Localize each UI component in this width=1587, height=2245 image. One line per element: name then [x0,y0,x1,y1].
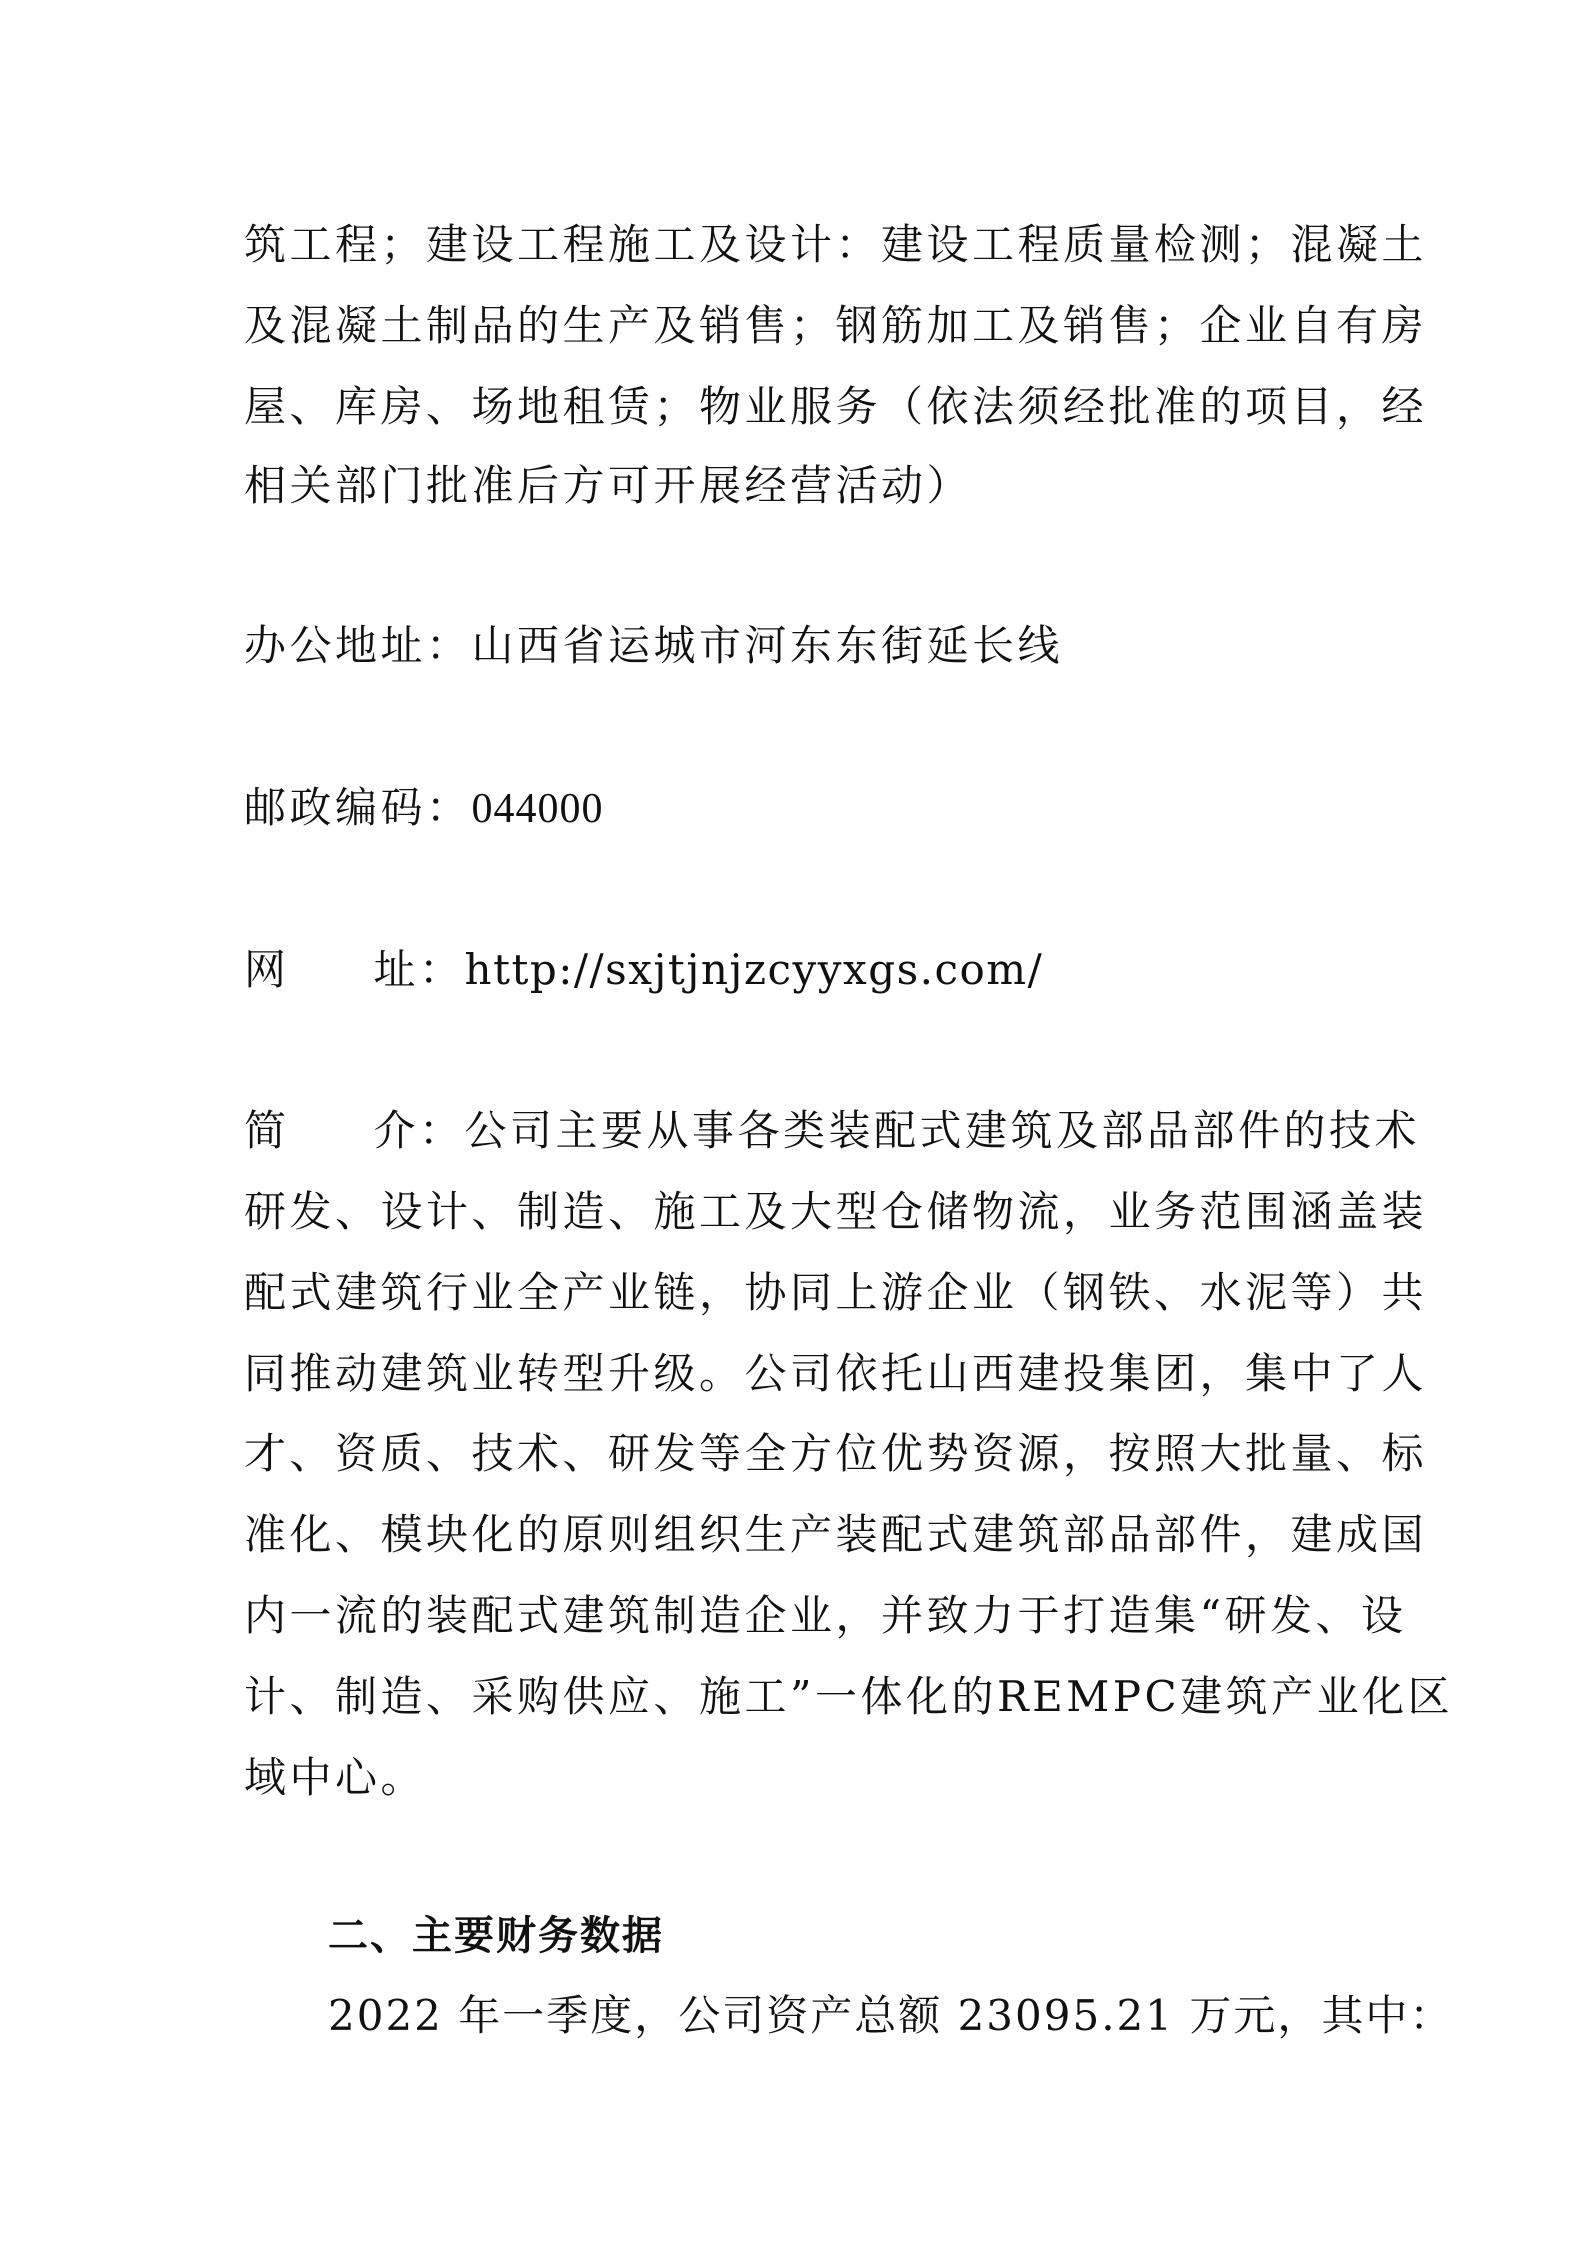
intro-line: 内一流的装配式建筑制造企业，并致力于打造集“研发、设 [244,1590,1358,1642]
intro-line: 配式建筑行业全产业链，协同上游企业（钢铁、水泥等）共 [244,1267,1358,1319]
intro-label-left: 简 [244,1106,290,1155]
intro-line: 域中心。 [244,1752,1358,1804]
document-page: 筑工程；建设工程施工及设计：建设工程质量检测；混凝土 及混凝土制品的生产及销售；… [0,0,1587,2245]
website-link[interactable]: http://sxjtjnjzcyyxgs.com/ [465,945,1044,994]
intro-line: 才、资质、技术、研发等全方位优势资源，按照大批量、标 [244,1428,1358,1480]
section-paragraph-line: 2022 年一季度，公司资产总额 23095.21 万元，其中： [328,1990,1358,2042]
office-address-label: 办公地址： [244,621,472,670]
postal-code-label: 邮政编码： [244,783,472,832]
website-label-right: 址： [374,945,465,994]
office-address-value: 山西省运城市河东东街延长线 [472,621,1064,670]
website-label-left: 网 [244,945,290,994]
business-scope-line: 及混凝土制品的生产及销售；钢筋加工及销售；企业自有房 [244,300,1358,352]
intro-line: 研发、设计、制造、施工及大型仓储物流，业务范围涵盖装 [244,1186,1358,1238]
postal-code-value: 044000 [472,786,604,832]
office-address: 办公地址：山西省运城市河东东街延长线 [244,620,1358,672]
intro-label-right: 介： [374,1106,465,1155]
business-scope-line: 屋、库房、场地租赁；物业服务（依法须经批准的项目，经 [244,381,1358,433]
postal-code: 邮政编码：044000 [244,782,1358,835]
intro-text: 公司主要从事各类装配式建筑及部品部件的技术 [465,1106,1421,1155]
introduction-first-line: 简介：公司主要从事各类装配式建筑及部品部件的技术 [244,1105,1358,1157]
website: 网址：http://sxjtjnjzcyyxgs.com/ [244,944,1358,996]
intro-line: 计、制造、采购供应、施工”一体化的REMPC建筑产业化区 [244,1671,1358,1723]
business-scope-line: 相关部门批准后方可开展经营活动） [244,460,1358,512]
section-heading: 二、主要财务数据 [328,1910,664,1962]
intro-line: 准化、模块化的原则组织生产装配式建筑部品部件，建成国 [244,1509,1358,1561]
business-scope-line: 筑工程；建设工程施工及设计：建设工程质量检测；混凝土 [244,219,1358,271]
intro-line: 同推动建筑业转型升级。公司依托山西建投集团，集中了人 [244,1348,1358,1400]
